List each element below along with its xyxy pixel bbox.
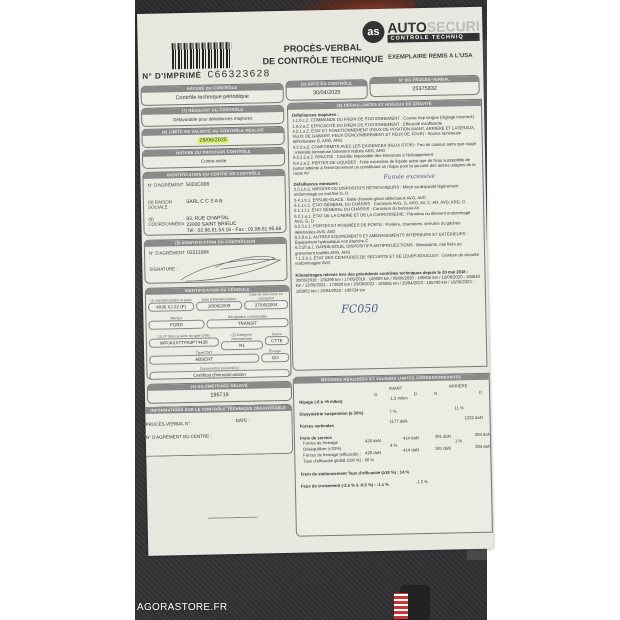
keychain-object [400, 585, 430, 620]
handwritten-note: Fumée excessive [383, 172, 478, 179]
document-title: PROCÈS-VERBAL DE CONTRÔLE TECHNIQUE [258, 41, 388, 68]
imprime-number: N° D'IMPRIMÉC66323628 [142, 69, 270, 83]
frein-stationnement: Frein de stationnement Taux d'efficacité… [301, 469, 410, 476]
km-history: 30/05/2018 : 135290 km / 17/05/2019 : 14… [296, 274, 480, 293]
centre-controle-box: Identification du centre de contrôle N° … [142, 169, 286, 236]
date-controle-box: (3) Date du contrôle 30/04/2025 [285, 79, 367, 101]
limite-validite-box: (8) Limite de validité du contrôle réali… [141, 126, 284, 148]
vin: WF0AXXTTFA3P74438 [149, 337, 219, 347]
kilometrage-value: 196719 [148, 388, 291, 400]
nature-controle-box: Nature du contrôle Contrôle technique pé… [141, 83, 284, 106]
logo-mark-icon: as [362, 21, 384, 43]
majeures-list: 1.1.6.c.2. COMMANDE DU FREIN DE STATIONN… [292, 114, 478, 176]
marque: FORD [148, 320, 204, 330]
defaillances-box: (6) Défaillances et niveaux de gravité D… [287, 99, 488, 371]
immatriculation: 4036 XJ 22 (F) [148, 302, 194, 312]
resultat-box: (7) Résultat du contrôle Défavorable pou… [141, 105, 284, 127]
validity-date: 29/06/2025 [197, 137, 229, 144]
pv-number-box: N° du procès-verbal 25375832 [369, 75, 479, 97]
kilometrage-box: (4) Kilométrage relevé 196719 [147, 381, 292, 404]
mesures-box: Mesures réalisées et valeurs limites cor… [293, 373, 493, 537]
exemplaire-label: EXEMPLAIRE REMIS A L'USA [388, 53, 473, 61]
handwritten-code: FC050 [341, 304, 481, 312]
ripage-value: -1.2 m/km [389, 395, 408, 400]
controleur-box: (9) Identification du contrôleur N° D'AG… [144, 237, 288, 284]
inspection-document: N° D'IMPRIMÉC66323628 PROCÈS-VERBAL DE C… [137, 7, 493, 556]
barcode [172, 42, 233, 69]
stamp-line [208, 517, 258, 522]
centre-agrement: S022C008 [186, 182, 210, 192]
infos-defavorable-box: Informations sur le contrôle technique d… [145, 404, 293, 457]
vehicule-box: Identification du véhicule (1) Immatricu… [145, 285, 292, 380]
taux-global: Taux d'efficacité global (≥50 %) : 66 % [303, 457, 374, 463]
signature-scribble [175, 252, 286, 284]
autosecurite-logo: as AUTOSECURI CONTROLE TECHNIQ [362, 19, 480, 43]
prochain-controle-box: Nature du prochain contrôle Contre-visit… [142, 147, 285, 169]
agorastore-watermark: AGORASTORE.FR [137, 602, 227, 613]
mineures-list: 3.3.1.b.1. MIROIRS OU DISPOSITIFS RÉTROV… [294, 183, 481, 266]
